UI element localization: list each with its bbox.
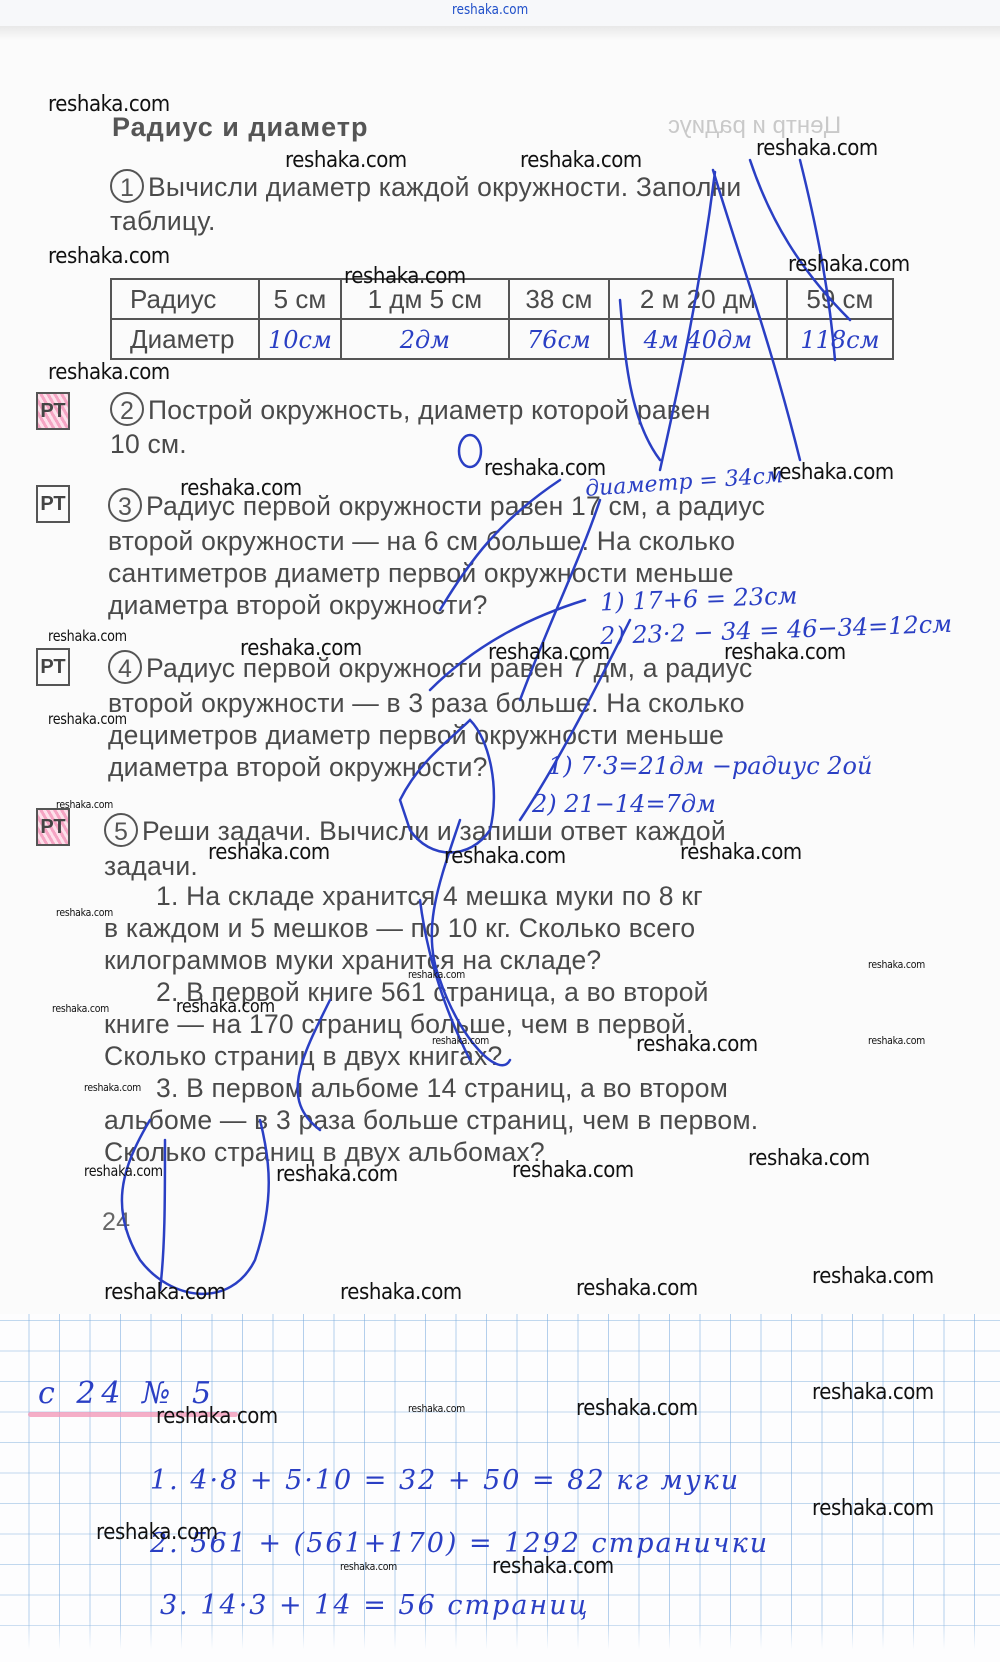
watermark: reshaka.com [208,840,330,865]
problems-list: 1. На складе хранится 4 мешка муки по 8 … [104,880,906,1168]
watermark-small: reshaka.com [408,968,465,981]
diameter-cell[interactable]: 76см [509,319,609,359]
watermark-small: reshaka.com [432,1034,489,1047]
exercise-1-text: 1Вычисли диаметр каждой окружности. Запо… [110,172,741,206]
watermark: reshaka.com [636,1032,758,1057]
rt-badge: РТ [36,648,70,686]
watermark: reshaka.com [240,636,362,661]
watermark: reshaka.com [156,1404,278,1429]
watermark: reshaka.com [756,136,878,161]
problem-1: 1. На складе хранится 4 мешка муки по 8 … [104,880,906,976]
row-label-radius: Радиус [111,279,259,319]
handwritten-ex4-step1: 1) 7·3=21дм −радиус 2ой [548,752,872,780]
watermark: reshaka.com [772,460,894,485]
watermark: reshaka.com [180,476,302,501]
exercise-1: 1Вычисли диаметр каждой окружности. Запо… [110,172,910,237]
watermark-small: reshaka.com [340,1560,397,1573]
diameter-cell[interactable]: 118см [787,319,893,359]
rt-badge: РТ [36,485,70,523]
watermark-small: reshaka.com [84,1081,141,1094]
watermark: reshaka.com [812,1380,934,1405]
watermark: reshaka.com [576,1276,698,1301]
notebook-answer-1: 1. 4·8 + 5·10 = 32 + 50 = 82 кг муки [150,1465,740,1496]
watermark-small: reshaka.com [868,958,925,971]
handwritten-ex4-step2: 2) 21−14=7дм [532,790,716,818]
notebook-answer-3: 3. 14·3 + 14 = 56 страниц [160,1590,589,1621]
watermark: reshaka.com [488,640,610,665]
watermark: reshaka.com [48,360,170,385]
watermark-small: reshaka.com [52,1002,109,1015]
watermark: reshaka.com [48,244,170,269]
watermark: reshaka.com [344,264,466,289]
watermark: reshaka.com [680,840,802,865]
notebook-answer-2: 2. 561 + (561+170) = 1292 странички [150,1528,769,1559]
watermark-small: reshaka.com [868,1034,925,1047]
exercise-number-4: 4 [108,650,142,684]
watermark: reshaka.com [812,1496,934,1521]
watermark: reshaka.com [748,1146,870,1171]
exercise-number-5: 5 [104,813,138,847]
watermark: reshaka.com [484,456,606,481]
watermark-small: reshaka.com [84,1162,163,1180]
exercise-number-3: 3 [108,488,142,522]
notebook-edge [0,1620,1000,1662]
watermark: reshaka.com [104,1280,226,1305]
rt-badge-highlighted: РТ [36,392,70,430]
watermark: reshaka.com [276,1162,398,1187]
watermark: reshaka.com [285,148,407,173]
page-number: 24 [102,1208,130,1237]
watermark-small: reshaka.com [56,798,113,811]
rt-badge-highlighted: РТ [36,808,70,846]
row-label-diameter: Диаметр [111,319,259,359]
radius-cell: 38 см [509,279,609,319]
page-edge [0,26,1000,40]
radius-cell: 5 см [259,279,341,319]
watermark-small: reshaka.com [408,1402,465,1415]
watermark: reshaka.com [340,1280,462,1305]
watermark: reshaka.com [576,1396,698,1421]
watermark-small: reshaka.com [48,710,127,728]
radius-cell: 59 см [787,279,893,319]
watermark: reshaka.com [492,1554,614,1579]
exercise-number-1: 1 [110,169,144,203]
watermark: reshaka.com [520,148,642,173]
problem-2: 2. В первой книге 561 страница, а во вто… [104,976,906,1072]
exercise-1-line: 1Вычисли диаметр каждой окружности. Запо… [110,172,910,206]
watermark: reshaka.com [788,252,910,277]
diameter-cell[interactable]: 2дм [341,319,509,359]
watermark-small: reshaka.com [56,906,113,919]
watermark: reshaka.com [444,844,566,869]
watermark: reshaka.com [48,92,170,117]
watermark: reshaka.com [812,1264,934,1289]
diameter-cell[interactable]: 10см [259,319,341,359]
radius-diameter-table: Радиус 5 см 1 дм 5 см 38 см 2 м 20 дм 59… [110,278,894,360]
exercise-number-2: 2 [110,392,144,426]
table-row-diameter: Диаметр 10см 2дм 76см 4м 40дм 118см [111,319,893,359]
exercise-2: 2Построй окружность, диаметр которой рав… [110,395,910,460]
table-row-radius: Радиус 5 см 1 дм 5 см 38 см 2 м 20 дм 59… [111,279,893,319]
top-watermark: reshaka.com [452,2,528,18]
watermark: reshaka.com [512,1158,634,1183]
exercise-1-line-2: таблицу. [110,206,910,237]
watermark-small: reshaka.com [48,627,127,645]
watermark: reshaka.com [176,996,275,1017]
watermark: reshaka.com [724,640,846,665]
watermark: reshaka.com [96,1520,218,1545]
radius-cell: 2 м 20 дм [609,279,787,319]
diameter-cell[interactable]: 4м 40дм [609,319,787,359]
